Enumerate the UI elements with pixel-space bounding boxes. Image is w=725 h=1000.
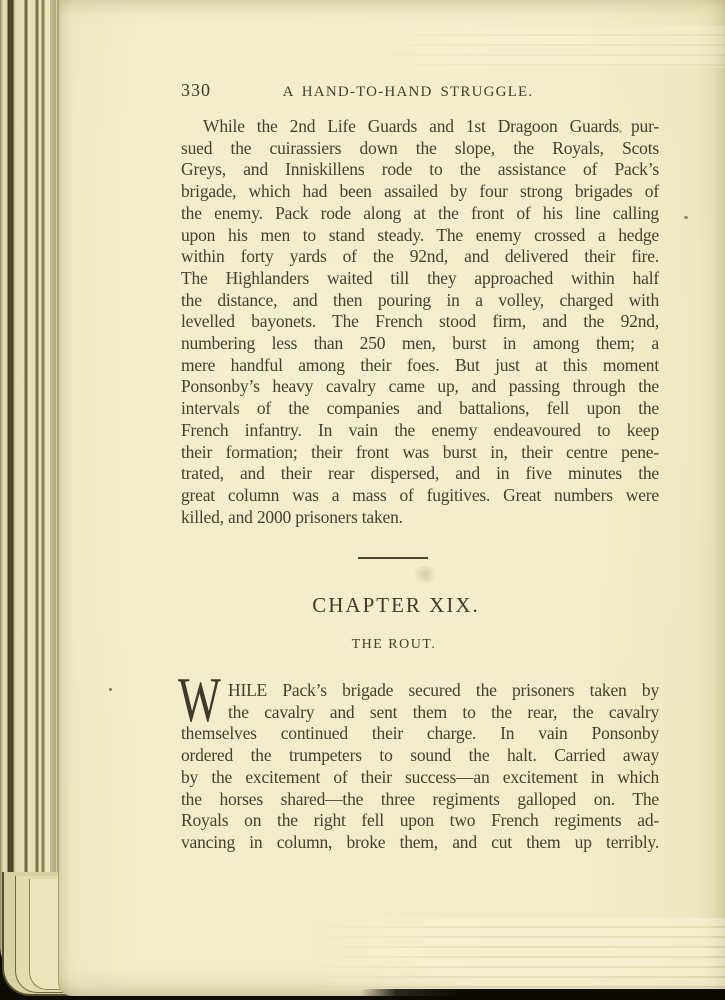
text-line: ordered the trumpeters to sound the halt…	[181, 745, 659, 767]
text-line: the cavalry and sent them to the rear, t…	[181, 702, 659, 724]
text-line: vancing in column, broke them, and cut t…	[181, 832, 659, 854]
text-line: within forty yards of the 92nd, and deli…	[181, 246, 659, 268]
chapter-subtitle: THE ROUT.	[155, 637, 633, 653]
scan-speck	[109, 688, 112, 691]
paragraph-2: W HILE Pack’s brigade secured the prison…	[181, 680, 659, 854]
scan-texture-band-top	[349, 26, 725, 68]
text-line: Greys, and Inniskillens rode to the assi…	[181, 159, 659, 181]
text-line: intervals of the companies and battalion…	[181, 398, 659, 420]
text-line: killed, and 2000 prisoners taken.	[181, 507, 659, 529]
scan-speck	[684, 216, 688, 219]
text-line: the distance, and then pouring in a voll…	[181, 290, 659, 312]
text-line: themselves continued their charge. In va…	[181, 723, 659, 745]
book-page-edges	[0, 0, 62, 980]
text-line: levelled bayonets. The French stood firm…	[181, 311, 659, 333]
text-line: brigade, which had been assailed by four…	[181, 181, 659, 203]
scan-shadow-strip	[360, 989, 725, 1000]
paragraph-1: While the 2nd Life Guards and 1st Dragoo…	[181, 116, 659, 528]
text-line: upon his men to stand steady. The enemy …	[181, 225, 659, 247]
text-line: great column was a mass of fugitives. Gr…	[181, 485, 659, 507]
text-line: French infantry. In vain the enemy endea…	[181, 420, 659, 442]
text-line: While the 2nd Life Guards and 1st Dragoo…	[181, 116, 659, 138]
book-page: 330 A HAND-TO-HAND STRUGGLE. While the 2…	[58, 0, 725, 996]
text-line: trated, and their rear dispersed, and in…	[181, 463, 659, 485]
text-line: The Highlanders waited till they approac…	[181, 268, 659, 290]
scan-texture-band-bottom	[309, 918, 725, 990]
scan-speck	[619, 130, 622, 133]
section-divider-rule	[358, 557, 428, 559]
text-line: Royals on the right fell upon two French…	[181, 810, 659, 832]
text-line: numbering less than 250 men, burst in am…	[181, 333, 659, 355]
drop-cap-initial: W	[178, 669, 221, 732]
text-line: the enemy. Pack rode along at the front …	[181, 203, 659, 225]
chapter-title: CHAPTER XIX.	[157, 593, 635, 618]
text-line: sued the cuirassiers down the slope, the…	[181, 138, 659, 160]
book-scan: 330 A HAND-TO-HAND STRUGGLE. While the 2…	[0, 0, 725, 1000]
scan-stain	[411, 566, 439, 582]
text-line: mere handful among their foes. But just …	[181, 355, 659, 377]
text-line: Ponsonby’s heavy cavalry came up, and pa…	[181, 376, 659, 398]
text-line: their formation; their front was burst i…	[181, 442, 659, 464]
running-title: A HAND-TO-HAND STRUGGLE.	[169, 84, 647, 101]
text-line: by the excitement of their success—an ex…	[181, 767, 659, 789]
text-line: the horses shared—the three regiments ga…	[181, 789, 659, 811]
text-line: HILE Pack’s brigade secured the prisoner…	[181, 680, 659, 702]
